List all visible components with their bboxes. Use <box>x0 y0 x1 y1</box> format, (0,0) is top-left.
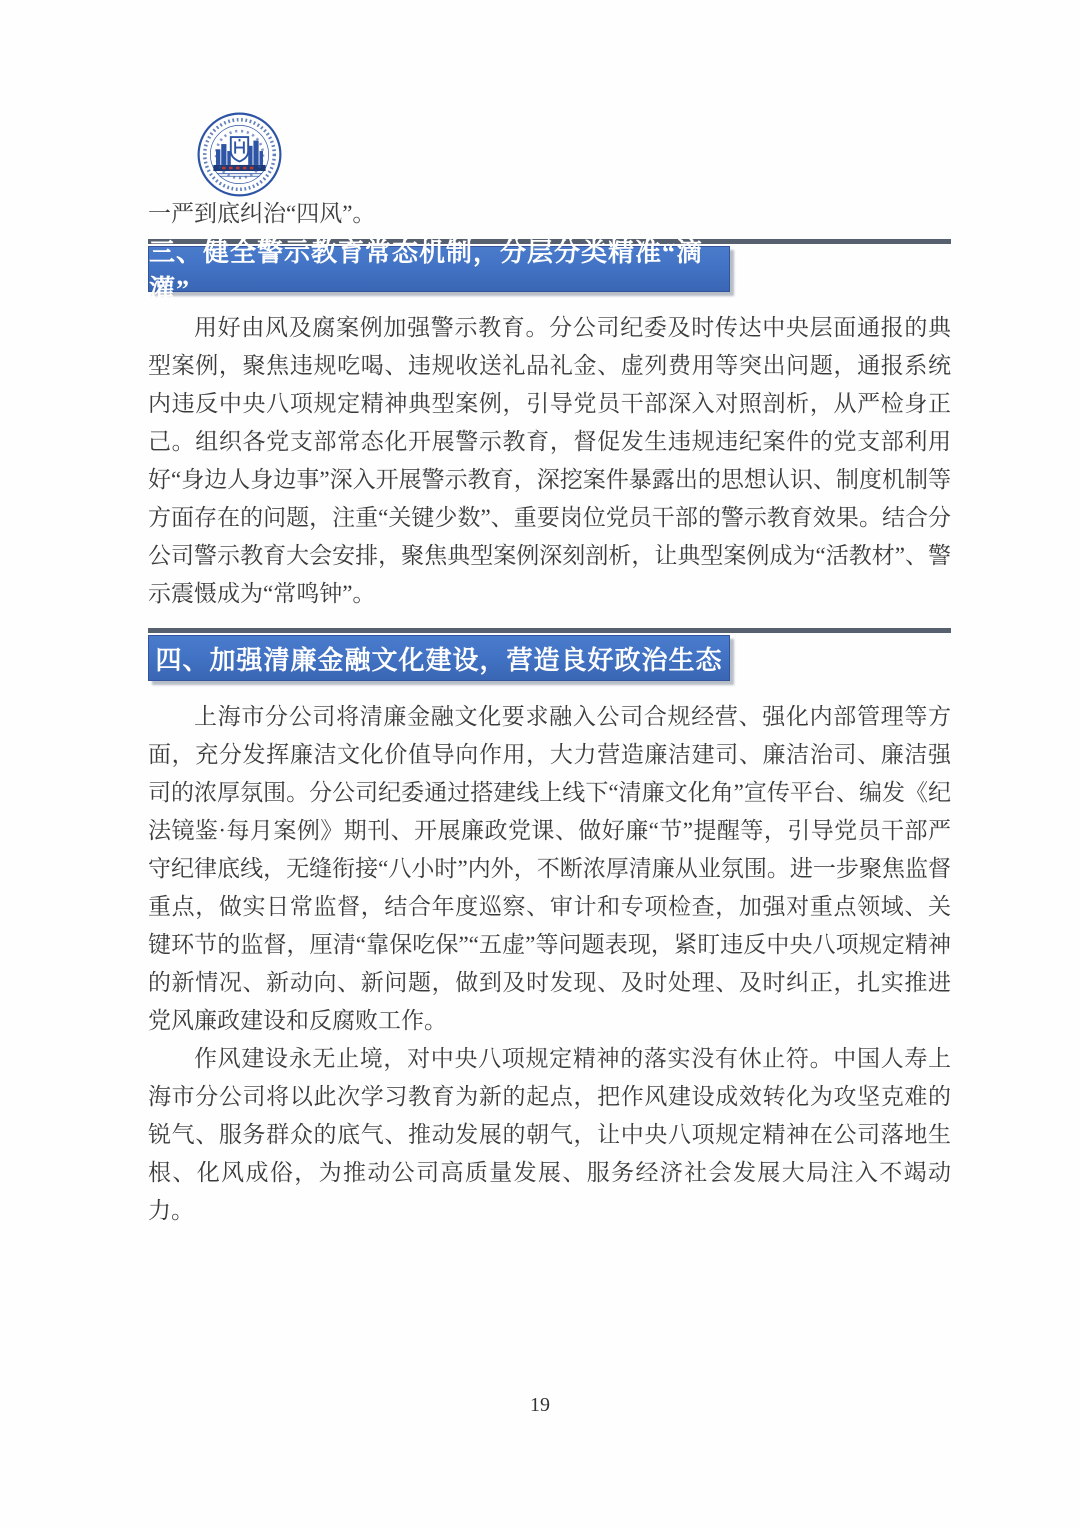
section-3-paragraph: 用好由风及腐案例加强警示教育。分公司纪委及时传达中央层面通报的典型案例，聚焦违规… <box>148 309 951 613</box>
section-3-heading-block: 三、健全警示教育常态机制，分层分类精准“滴灌” <box>148 239 951 292</box>
emblem-svg <box>196 111 283 198</box>
document-page: 一严到底纠治“四风”。 三、健全警示教育常态机制，分层分类精准“滴灌” 用好由风… <box>0 0 1080 1527</box>
section-4-heading-block: 四、加强清廉金融文化建设，营造良好政治生态 <box>148 628 951 681</box>
section-3-paragraphs: 用好由风及腐案例加强警示教育。分公司纪委及时传达中央层面通报的典型案例，聚焦违规… <box>148 309 951 613</box>
section-3-heading-banner: 三、健全警示教育常态机制，分层分类精准“滴灌” <box>148 246 730 292</box>
intro-line: 一严到底纠治“四风”。 <box>148 197 951 231</box>
section-4-paragraph-1: 上海市分公司将清廉金融文化要求融入公司合规经营、强化内部管理等方面，充分发挥廉洁… <box>148 698 951 1040</box>
document-body: 一严到底纠治“四风”。 三、健全警示教育常态机制，分层分类精准“滴灌” 用好由风… <box>148 197 951 1245</box>
circular-company-emblem-icon <box>196 111 283 198</box>
page-number: 19 <box>0 1394 1080 1417</box>
section-4-paragraphs: 上海市分公司将清廉金融文化要求融入公司合规经营、强化内部管理等方面，充分发挥廉洁… <box>148 698 951 1230</box>
section-4-heading-banner: 四、加强清廉金融文化建设，营造良好政治生态 <box>148 635 730 681</box>
section-4-paragraph-2: 作风建设永无止境，对中央八项规定精神的落实没有休止符。中国人寿上海市分公司将以此… <box>148 1040 951 1230</box>
